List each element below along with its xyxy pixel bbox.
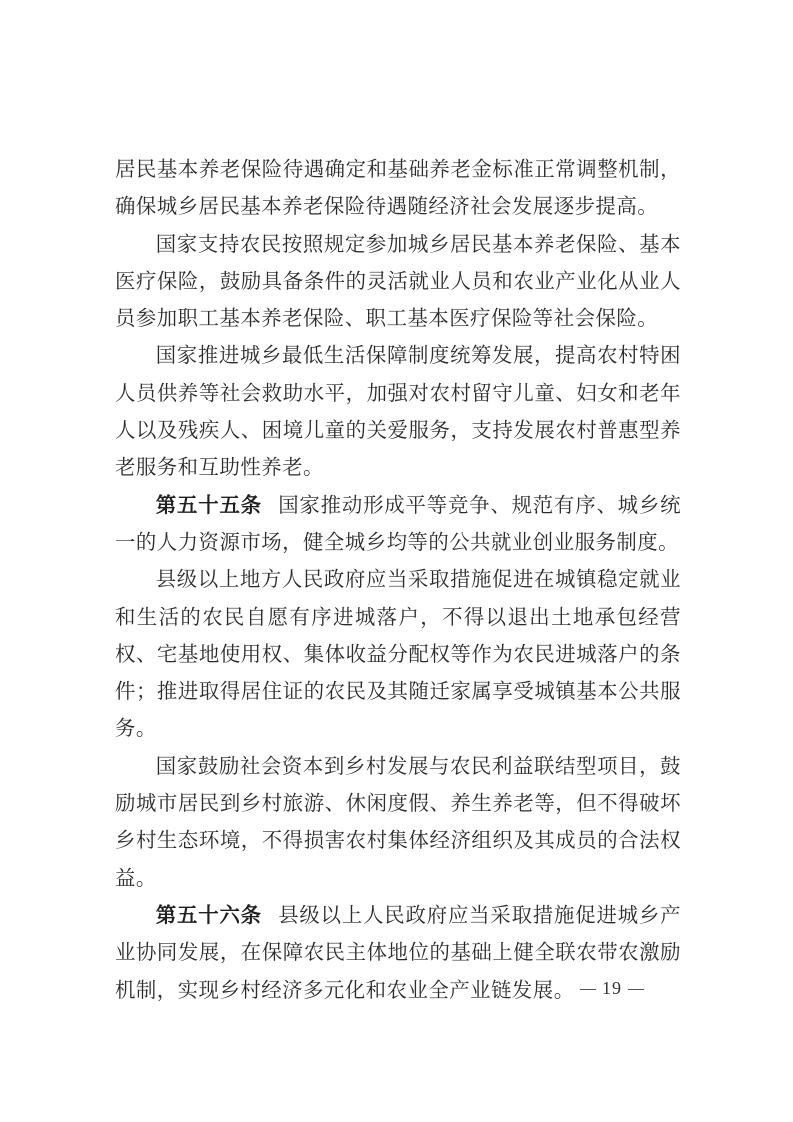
paragraph-text: 国家推进城乡最低生活保障制度统筹发展，提高农村特困人员供养等社会救助水平，加强对… — [115, 343, 681, 479]
paragraph-text: 国家支持农民按照规定参加城乡居民基本养老保险、基本医疗保险，鼓励具备条件的灵活就… — [115, 232, 681, 331]
page-number-value: 19 — [602, 978, 622, 998]
paragraph-social-capital: 国家鼓励社会资本到乡村发展与农民利益联结型项目，鼓励城市居民到乡村旅游、休闲度假… — [115, 748, 681, 897]
paragraph-urban-settlement: 县级以上地方人民政府应当采取措施促进在城镇稳定就业和生活的农民自愿有序进城落户，… — [115, 561, 681, 747]
dash-right — [628, 989, 644, 990]
paragraph-text: 居民基本养老保险待遇确定和基础养老金标准正常调整机制，确保城乡居民基本养老保险待… — [115, 157, 681, 218]
document-body: 居民基本养老保险待遇确定和基础养老金标准正常调整机制，确保城乡居民基本养老保险待… — [115, 151, 681, 1009]
article-number: 第五十五条 — [156, 493, 262, 517]
document-page: 居民基本养老保险待遇确定和基础养老金标准正常调整机制，确保城乡居民基本养老保险待… — [0, 0, 793, 1122]
paragraph-continuation: 居民基本养老保险待遇确定和基础养老金标准正常调整机制，确保城乡居民基本养老保险待… — [115, 151, 681, 226]
article-55: 第五十五条国家推动形成平等竞争、规范有序、城乡统一的人力资源市场，健全城乡均等的… — [115, 487, 681, 562]
page-number: 19 — [574, 978, 650, 999]
paragraph-minimum-living-security: 国家推进城乡最低生活保障制度统筹发展，提高农村特困人员供养等社会救助水平，加强对… — [115, 337, 681, 486]
article-number: 第五十六条 — [156, 903, 262, 927]
paragraph-text: 县级以上地方人民政府应当采取措施促进在城镇稳定就业和生活的农民自愿有序进城落户，… — [115, 567, 681, 740]
paragraph-text: 国家鼓励社会资本到乡村发展与农民利益联结型项目，鼓励城市居民到乡村旅游、休闲度假… — [115, 754, 681, 890]
paragraph-social-insurance: 国家支持农民按照规定参加城乡居民基本养老保险、基本医疗保险，鼓励具备条件的灵活就… — [115, 226, 681, 338]
dash-left — [580, 989, 596, 990]
